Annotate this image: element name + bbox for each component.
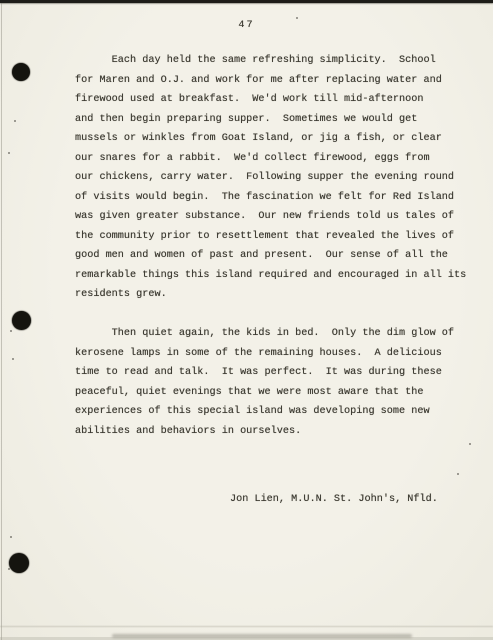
scan-speck (14, 120, 16, 122)
text-line: peaceful, quiet evenings that we were mo… (75, 383, 466, 403)
text-line: remarkable things this island required a… (75, 266, 466, 286)
scan-top-edge (0, 0, 493, 3)
text-line: Each day held the same refreshing simpli… (75, 51, 466, 71)
scan-speck (10, 330, 12, 332)
paragraph: Then quiet again, the kids in bed. Only … (75, 324, 466, 441)
paragraph: Each day held the same refreshing simpli… (75, 51, 466, 305)
text-line: good men and women of past and present. … (75, 246, 466, 266)
text-line: the community prior to resettlement that… (75, 227, 466, 247)
text-line: Then quiet again, the kids in bed. Only … (75, 324, 466, 344)
text-line: was given greater substance. Our new fri… (75, 207, 466, 227)
scan-left-edge (1, 3, 2, 640)
text-line: experiences of this special island was d… (75, 402, 466, 422)
body-text: Each day held the same refreshing simpli… (75, 51, 466, 461)
scan-bottom-rule (0, 626, 493, 627)
signature-line: Jon Lien, M.U.N. St. John's, Nfld. (230, 490, 438, 510)
scan-speck (296, 17, 298, 19)
text-line: our snares for a rabbit. We'd collect fi… (75, 149, 466, 169)
scan-speck (8, 568, 10, 570)
text-line: abilities and behaviors in ourselves. (75, 422, 466, 442)
scan-speck (469, 443, 471, 445)
scanned-page: 47 Each day held the same refreshing sim… (0, 0, 493, 640)
text-line: kerosene lamps in some of the remaining … (75, 344, 466, 364)
text-line: of visits would begin. The fascination w… (75, 188, 466, 208)
text-line: our chickens, carry water. Following sup… (75, 168, 466, 188)
hole-punch-mark (12, 63, 30, 81)
text-line: residents grew. (75, 285, 466, 305)
text-line: firewood used at breakfast. We'd work ti… (75, 90, 466, 110)
hole-punch-mark (9, 553, 29, 573)
scan-speck (457, 473, 459, 475)
text-line: for Maren and O.J. and work for me after… (75, 71, 466, 91)
scan-speck (12, 358, 14, 360)
scan-speck (10, 536, 12, 538)
hole-punch-mark (12, 311, 31, 330)
text-line: time to read and talk. It was perfect. I… (75, 363, 466, 383)
scan-speck (8, 152, 10, 154)
page-number: 47 (0, 16, 493, 36)
text-line: mussels or winkles from Goat Island, or … (75, 129, 466, 149)
text-line: and then begin preparing supper. Sometim… (75, 110, 466, 130)
